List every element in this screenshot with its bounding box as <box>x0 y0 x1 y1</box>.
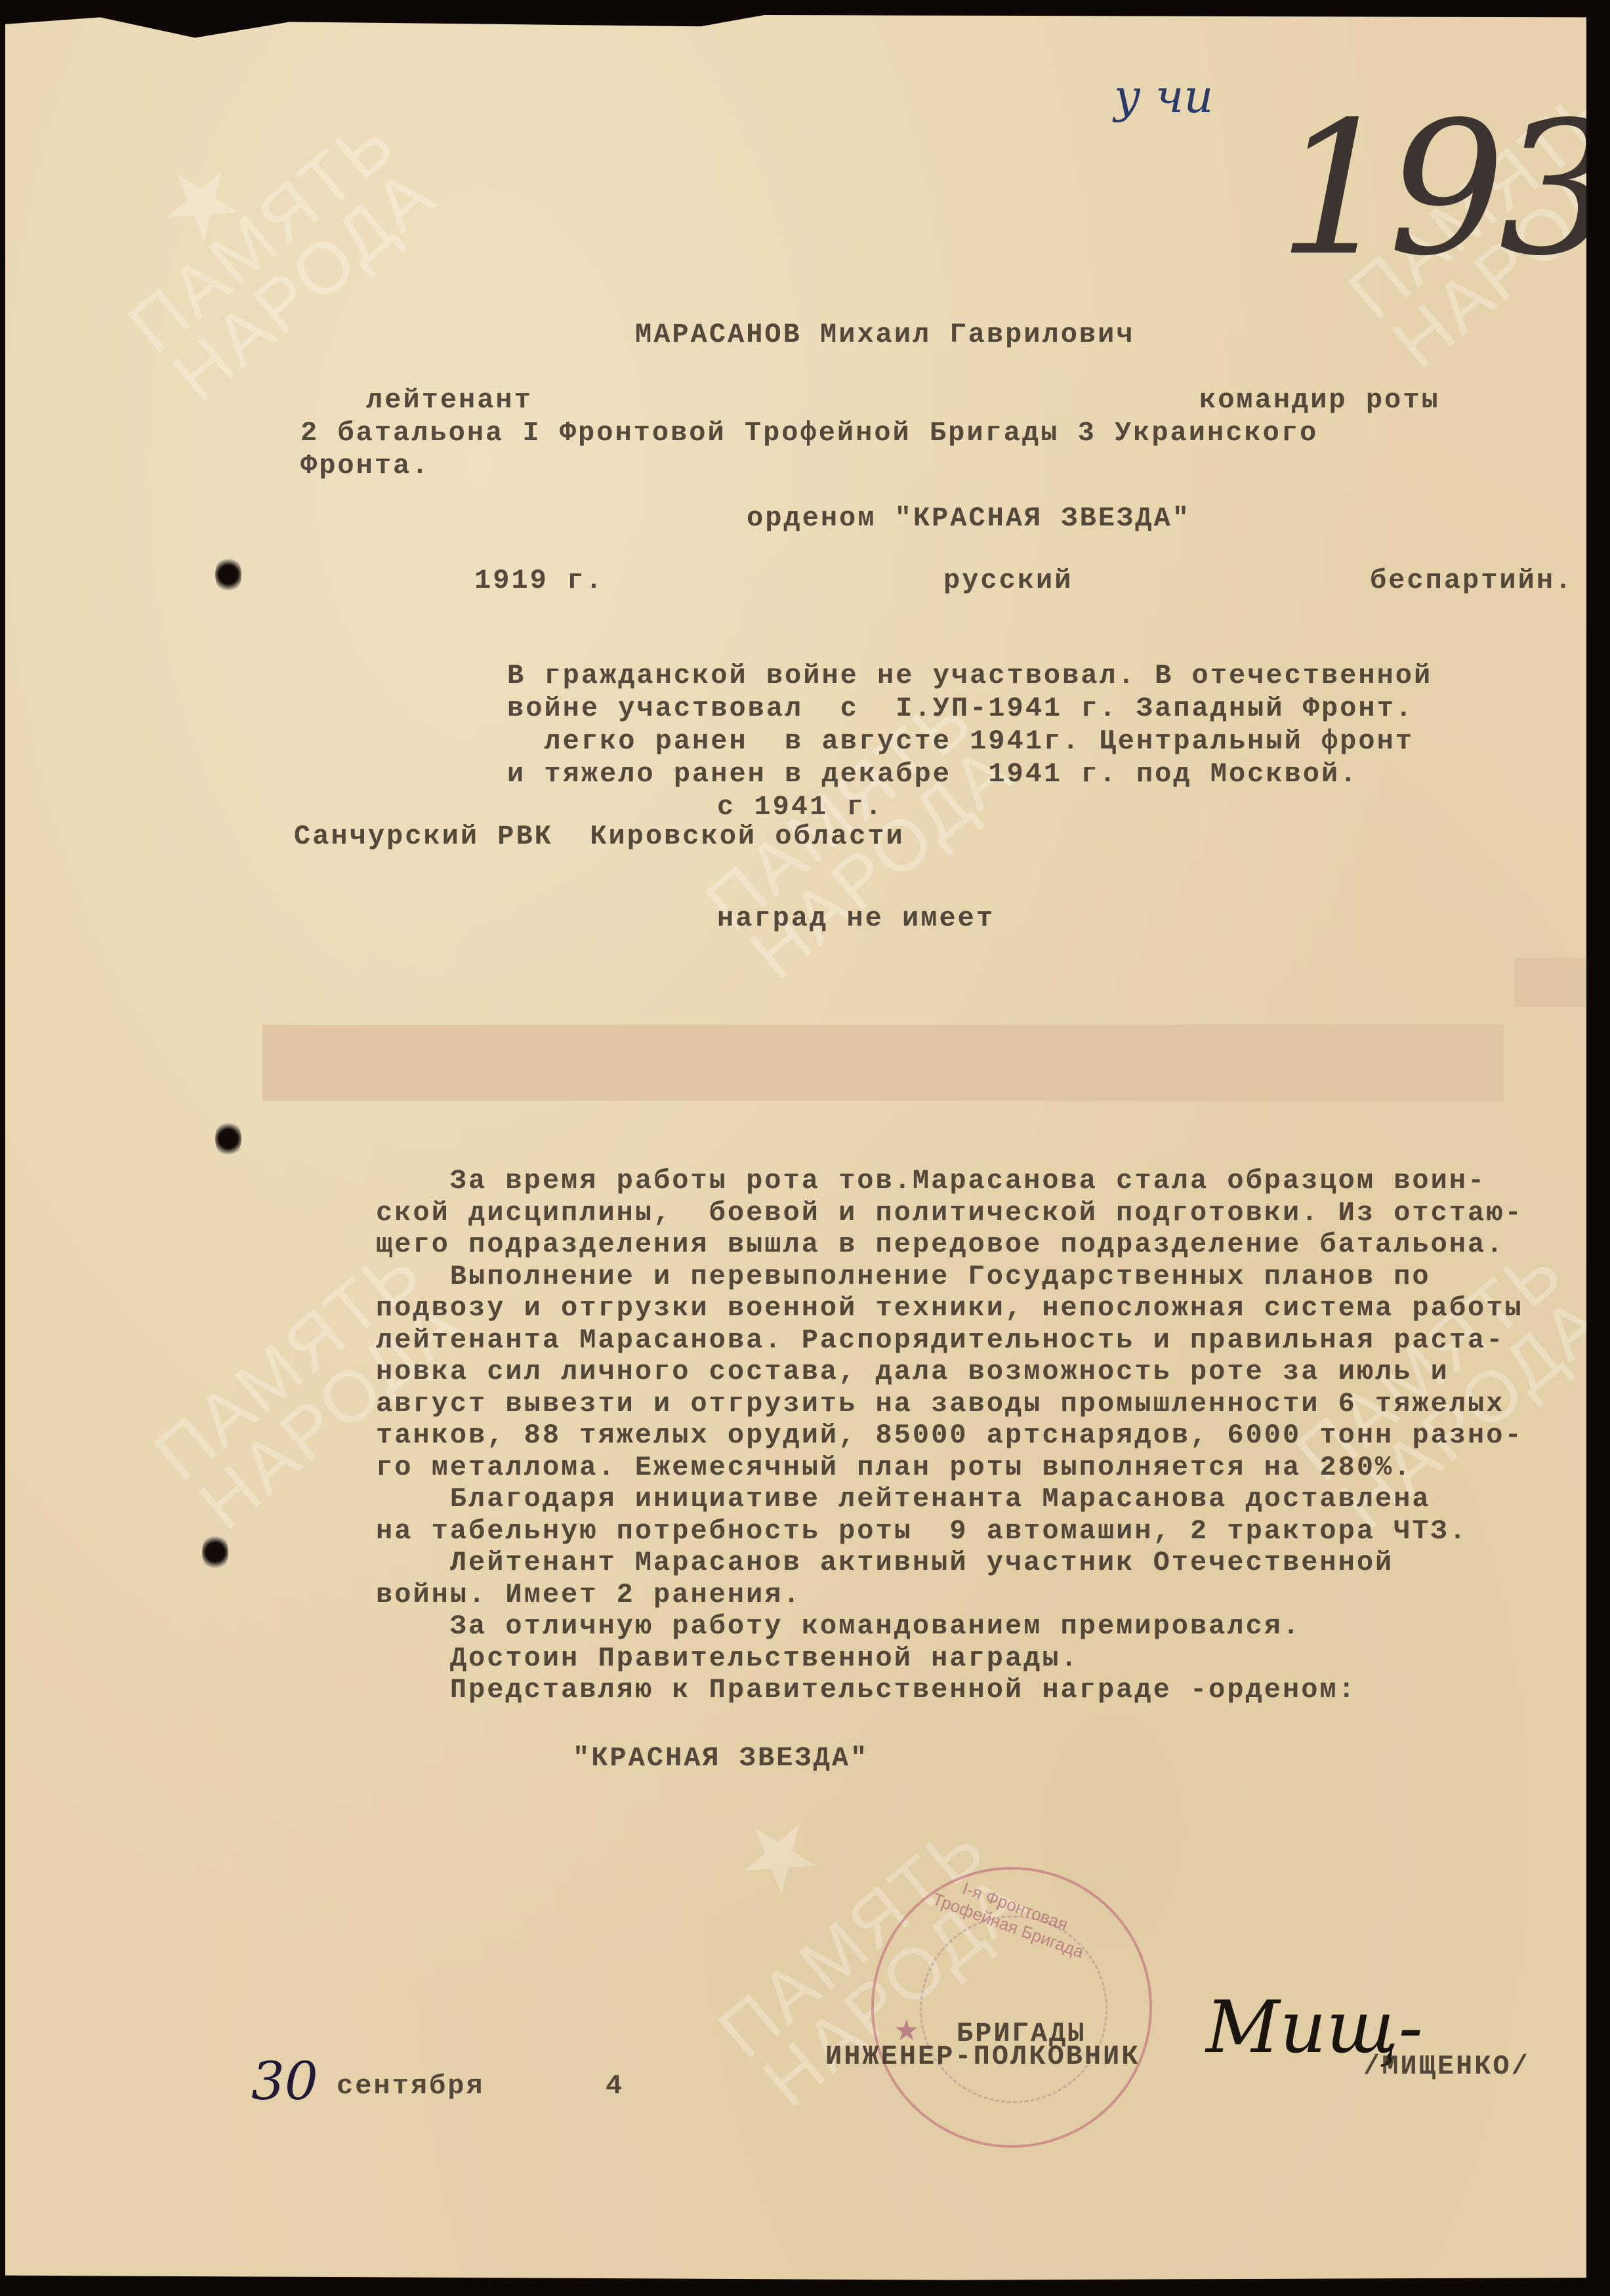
punch-hole <box>215 1119 241 1158</box>
body-line: Достоин Правительственной награды. <box>376 1643 1079 1674</box>
body-line: За время работы рота тов.Марасанова стал… <box>376 1165 1486 1197</box>
in-army-since: с 1941 г. <box>717 791 884 823</box>
body-line: подвозу и отгрузки военной техники, непо… <box>376 1292 1523 1324</box>
body-line: войны. Имеет 2 ранения. <box>376 1579 802 1610</box>
body-line: Представляю к Правительственной награде … <box>376 1674 1357 1706</box>
body-line: август вывезти и отгрузить на заводы про… <box>376 1388 1504 1420</box>
body-line: Лейтенант Марасанов активный участник От… <box>376 1547 1393 1578</box>
handwritten-note: у чи <box>1114 70 1213 123</box>
date-month: сентября <box>337 2070 485 2102</box>
body-line: го металлома. Ежемесячный план роты выпо… <box>376 1452 1412 1483</box>
unit-line-2: Фронта. <box>300 450 430 482</box>
punch-hole <box>202 1532 228 1572</box>
redacted-block <box>1514 958 1586 1007</box>
prior-awards: наград не имеет <box>717 903 995 934</box>
award-nominated: орденом "КРАСНАЯ ЗВЕЗДА" <box>747 502 1191 534</box>
body-line: на табельную потребность роты 9 автомаши… <box>376 1515 1468 1547</box>
service-line: легко ранен в августе 1941г. Центральный… <box>507 726 1414 757</box>
punch-hole <box>215 555 241 594</box>
body-line: щего подразделения вышла в передовое под… <box>376 1229 1504 1260</box>
date-year: 4 <box>606 2070 624 2102</box>
full-name: МАРАСАНОВ Михаил Гаврилович <box>635 319 1135 350</box>
party: беспартийн. <box>1370 565 1573 596</box>
official-stamp: ★ I-я Фронтовая Трофейная Бригада <box>871 1867 1152 2148</box>
body-line: Выполнение и перевыполнение Государствен… <box>376 1261 1431 1292</box>
nationality: русский <box>943 565 1073 596</box>
service-line: войне участвовал с I.УП-1941 г. Западный… <box>507 693 1414 724</box>
document-sheet: ★ ПАМЯТЬ НАРОДА ПАМЯТЬ НАРОДА ПАМЯТЬ НАР… <box>5 10 1586 2287</box>
rank: лейтенант <box>366 384 533 416</box>
date-day: 30 <box>251 2051 318 2112</box>
unit-line-1: 2 батальона I Фронтовой Трофейной Бригад… <box>300 417 1318 449</box>
service-line: В гражданской войне не участвовал. В оте… <box>507 660 1432 691</box>
body-line: Благодаря инициативе лейтенанта Марасано… <box>376 1483 1431 1515</box>
body-line: лейтенанта Марасанова. Распорядительност… <box>376 1324 1504 1356</box>
body-line: танков, 88 тяжелых орудий, 85000 артснар… <box>376 1420 1523 1451</box>
signatory-title: ИНЖЕНЕР-ПОЛКОВНИК <box>825 2041 1140 2072</box>
signatory-name: /МИЩЕНКО/ <box>1363 2051 1530 2082</box>
sheet-number: 193 <box>1278 83 1609 297</box>
birth-year: 1919 г. <box>474 565 604 596</box>
body-line: За отличную работу командованием премиро… <box>376 1610 1301 1642</box>
position: командир роты <box>1199 384 1440 416</box>
service-line: и тяжело ранен в декабре 1941 г. под Мос… <box>507 758 1358 790</box>
redacted-block <box>262 1025 1504 1101</box>
body-line: новка сил личного состава, дала возможно… <box>376 1356 1449 1387</box>
award-name: "КРАСНАЯ ЗВЕЗДА" <box>573 1742 869 1774</box>
drafted-by: Санчурский РВК Кировской области <box>294 821 905 852</box>
body-line: ской дисциплины, боевой и политической п… <box>376 1197 1523 1229</box>
